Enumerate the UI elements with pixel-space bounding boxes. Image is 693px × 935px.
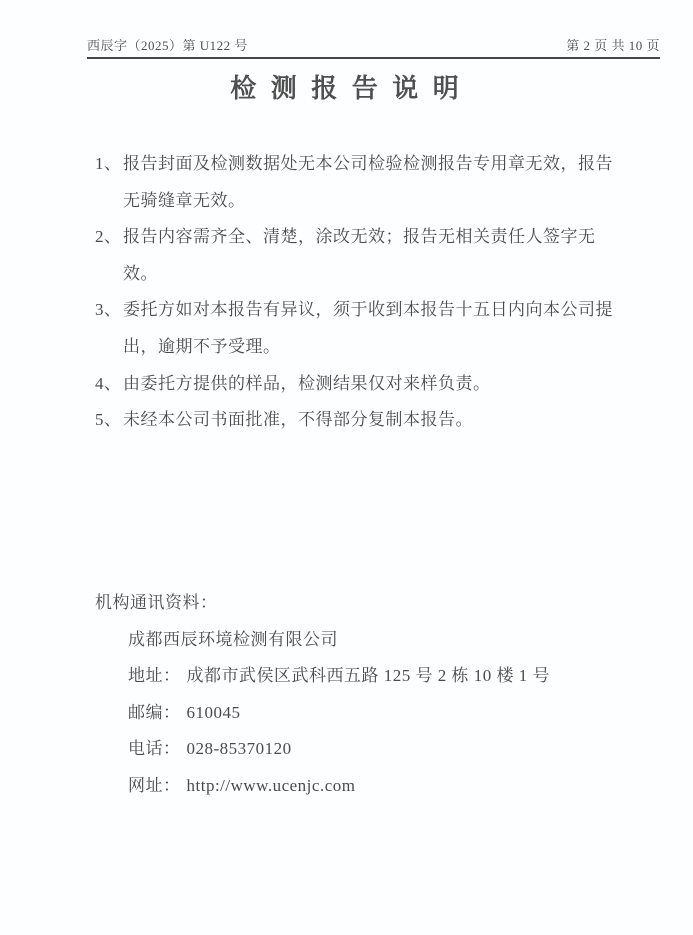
report-page: 西辰字（2025）第 U122 号 第 2 页 共 10 页 检 测 报 告 说… (0, 0, 693, 935)
phone-label: 电话： (128, 739, 181, 758)
notes-list: 1、 报告封面及检测数据处无本公司检验检测报告专用章无效，报告 无骑缝章无效。 … (95, 146, 620, 439)
note-text-line: 报告内容需齐全、清楚，涂改无效；报告无相关责任人签字无效。 (123, 219, 620, 292)
phone-value: 028-85370120 (187, 739, 292, 758)
note-item: 5、 未经本公司书面批准，不得部分复制本报告。 (95, 402, 620, 439)
note-text-line: 委托方如对本报告有异议，须于收到本报告十五日内向本公司提 (123, 292, 620, 329)
note-text-line: 报告封面及检测数据处无本公司检验检测报告专用章无效，报告 (123, 146, 620, 183)
note-item: 1、 报告封面及检测数据处无本公司检验检测报告专用章无效，报告 无骑缝章无效。 (95, 146, 620, 219)
note-item: 3、 委托方如对本报告有异议，须于收到本报告十五日内向本公司提 出，逾期不予受理… (95, 292, 620, 365)
page-title: 检 测 报 告 说 明 (0, 68, 693, 105)
website-label: 网址： (128, 776, 181, 795)
page-header: 西辰字（2025）第 U122 号 第 2 页 共 10 页 (87, 35, 660, 59)
contact-row-postcode: 邮编：610045 (128, 695, 550, 732)
address-label: 地址： (128, 666, 181, 685)
page-indicator: 第 2 页 共 10 页 (566, 35, 660, 54)
note-number: 2、 (95, 219, 122, 256)
contact-row-phone: 电话：028-85370120 (128, 731, 550, 768)
contact-row-website: 网址：http://www.ucenjc.com (128, 768, 550, 805)
note-text-line: 出，逾期不予受理。 (123, 329, 620, 366)
note-number: 4、 (95, 366, 122, 403)
contact-section: 机构通讯资料： 成都西辰环境检测有限公司 地址：成都市武侯区武科西五路 125 … (95, 585, 550, 805)
note-item: 4、 由委托方提供的样品，检测结果仅对来样负责。 (95, 366, 620, 403)
note-item: 2、 报告内容需齐全、清楚，涂改无效；报告无相关责任人签字无效。 (95, 219, 620, 292)
contact-heading: 机构通讯资料： (95, 585, 550, 622)
address-value: 成都市武侯区武科西五路 125 号 2 栋 10 楼 1 号 (187, 666, 551, 685)
note-text-line: 未经本公司书面批准，不得部分复制本报告。 (123, 402, 620, 439)
note-text-line: 无骑缝章无效。 (123, 183, 620, 220)
document-number: 西辰字（2025）第 U122 号 (87, 35, 248, 54)
contact-row-address: 地址：成都市武侯区武科西五路 125 号 2 栋 10 楼 1 号 (128, 658, 550, 695)
note-number: 3、 (95, 292, 122, 329)
note-number: 1、 (95, 146, 122, 183)
note-text-line: 由委托方提供的样品，检测结果仅对来样负责。 (123, 366, 620, 403)
website-value: http://www.ucenjc.com (187, 776, 356, 795)
postcode-label: 邮编： (128, 703, 181, 722)
company-name: 成都西辰环境检测有限公司 (128, 622, 550, 659)
note-number: 5、 (95, 402, 122, 439)
postcode-value: 610045 (187, 703, 241, 722)
